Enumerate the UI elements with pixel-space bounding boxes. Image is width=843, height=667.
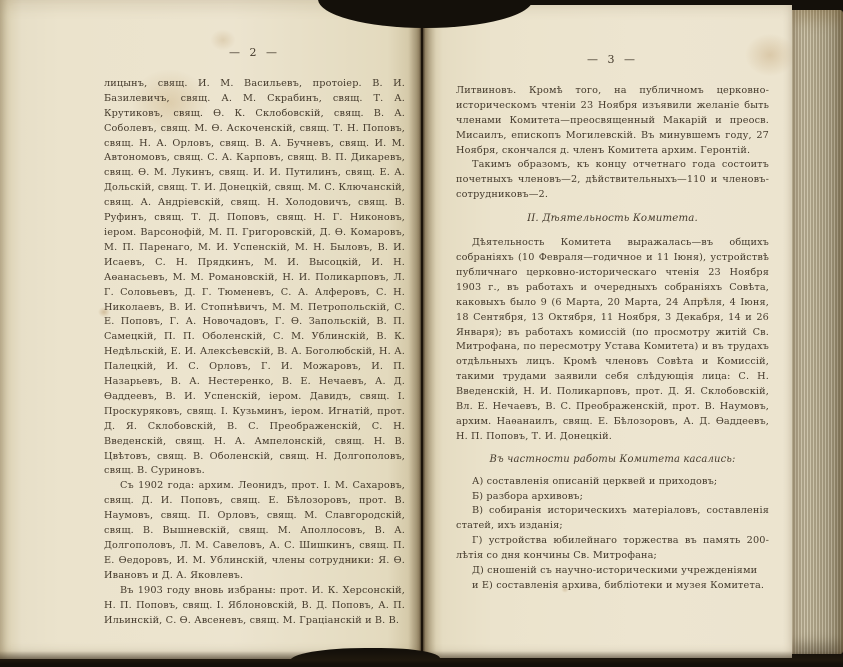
left-paragraph-1902: Съ 1902 года: архим. Леонидъ, прот. І. М… (104, 479, 405, 583)
right-paragraph-members: Литвиновъ. Кромѣ того, на публичномъ цер… (456, 84, 769, 159)
left-page: — 2 — лицынъ, свящ. И. М. Васильевъ, про… (0, 0, 421, 659)
list-item-b: Б) разбора архивовъ; (456, 490, 769, 505)
left-paragraph-members: лицынъ, свящ. И. М. Васильевъ, протоіер.… (104, 77, 405, 479)
list-item-g: Г) устройства юбилейнаго торжества въ па… (456, 534, 769, 564)
subsection-heading-works: Въ частности работы Комитета касались: (456, 453, 769, 468)
book-scan: — 2 — лицынъ, свящ. И. М. Васильевъ, про… (0, 0, 843, 667)
right-paragraph-activity: Дѣятельность Комитета выражалась—въ общи… (456, 236, 769, 445)
list-item-d: Д) сношеній съ научно-историческими учре… (456, 564, 769, 579)
list-item-v: В) собиранія историческихъ матеріаловъ, … (456, 504, 769, 534)
right-paragraph-summary: Такимъ образомъ, къ концу отчетнаго года… (456, 158, 769, 203)
left-paragraph-1903: Въ 1903 году вновь избраны: прот. И. К. … (104, 584, 405, 629)
section-heading-activity: II. Дѣятельность Комитета. (456, 212, 769, 227)
right-page: — 3 — Литвиновъ. Кромѣ того, на публично… (423, 5, 792, 658)
list-item-a: А) составленія описаній церквей и приход… (456, 475, 769, 490)
left-page-text: — 2 — лицынъ, свящ. И. М. Васильевъ, про… (104, 46, 405, 628)
list-item-e: и Е) составленія архива, библіотеки и му… (456, 579, 769, 594)
book-fore-edge (792, 10, 843, 654)
right-page-number: — 3 — (456, 53, 769, 68)
left-page-number: — 2 — (104, 46, 405, 61)
book-bottom-shadow (290, 648, 440, 667)
right-page-text: — 3 — Литвиновъ. Кромѣ того, на публично… (456, 53, 769, 594)
